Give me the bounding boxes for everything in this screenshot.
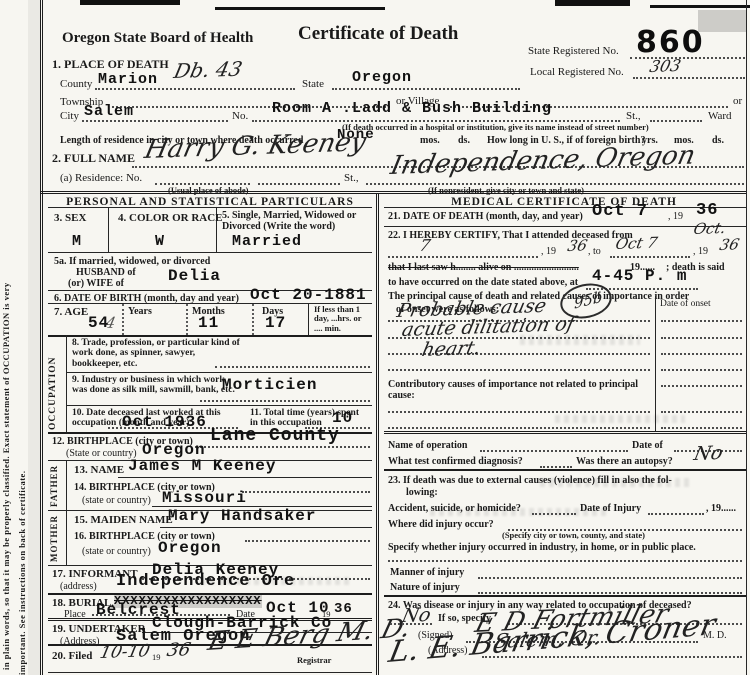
where-injury-label: Where did injury occur?: [388, 519, 494, 530]
date-of-death-value: Oct 7: [592, 203, 648, 222]
to-label: , to: [588, 246, 601, 257]
race-label: 4. COLOR OR RACE: [118, 212, 223, 224]
occupation-side-label: OCCUPATION: [48, 338, 58, 430]
dotted-line: [95, 88, 295, 90]
ds2-label: ds.: [712, 135, 724, 146]
marital-value: Married: [232, 234, 302, 251]
dotted-line: [245, 540, 370, 542]
burial-year-value: 36: [334, 602, 353, 617]
autopsy-label: Was there an autopsy?: [576, 456, 673, 467]
age-months-value: 11: [198, 315, 219, 333]
date-of-death-label: 21. DATE OF DEATH (month, day, and year): [388, 211, 583, 222]
scan-streak: [28, 0, 40, 675]
section-divider: [40, 191, 746, 194]
column-divider: [376, 193, 379, 675]
accident-label: Accident, suicide, or homicide?: [388, 503, 521, 514]
page-title: Certificate of Death: [298, 24, 458, 45]
death-year-value: 36: [696, 202, 718, 221]
state-value: Oregon: [352, 70, 412, 87]
dotted-line: [661, 337, 742, 339]
where-injury-note: (Specify city or town, county, and state…: [502, 531, 645, 540]
margin-note-line1: in plain words, so that it may be proper…: [2, 25, 11, 670]
state-label: State: [302, 78, 324, 90]
filed-date-value: 10-10: [98, 642, 151, 662]
dotted-line: [661, 353, 742, 355]
rule: [384, 226, 746, 227]
onset-column-divider: [655, 296, 656, 432]
age-label: 7. AGE: [54, 306, 88, 318]
nonresident-note: (If nonresident, give city or town and s…: [428, 186, 584, 195]
dotted-line: [332, 88, 520, 90]
birthplace-city-value: Lane County: [210, 427, 340, 447]
city-label: City: [60, 110, 79, 122]
dotted-line: [478, 577, 742, 579]
abode-note: (Usual place of abode): [168, 186, 249, 195]
total-time-value: 10: [332, 410, 353, 428]
mother-side-label: MOTHER: [50, 514, 60, 562]
rule: [48, 207, 372, 208]
form-left-border: [40, 0, 43, 675]
sex-value: M: [72, 234, 82, 251]
father-state-value: Missouri: [162, 490, 247, 508]
cell-divider-dotted: [122, 304, 124, 335]
date-of-onset-header: Date of onset: [660, 299, 711, 309]
street-no-label: No.: [232, 110, 248, 122]
margin-note-line2: important. See instructions on back of c…: [18, 330, 27, 675]
dotted-line: [540, 466, 572, 468]
dotted-line: [480, 450, 628, 452]
marital-label: 5. Single, Married, Widowed or Divorced …: [222, 210, 370, 232]
county-value: Marion: [98, 72, 158, 89]
mother-name-label: 15. MAIDEN NAME: [74, 514, 173, 526]
rule: [384, 207, 746, 208]
ds-label: ds.: [458, 135, 470, 146]
form-right-border: [746, 0, 747, 675]
race-value: W: [155, 234, 165, 251]
wife-label: (or) WIFE of: [68, 278, 124, 289]
spouse-value: Delia: [168, 268, 221, 286]
to-year-value: 36: [718, 236, 741, 253]
state-reg-number: 860: [636, 26, 705, 59]
filed-year-value: 36: [165, 640, 192, 661]
death-year-label: , 19: [668, 211, 683, 222]
sex-label: 3. SEX: [54, 212, 86, 224]
father-name-value: James M Keeney: [128, 458, 276, 476]
full-name-value: Harry G. Keeney: [142, 128, 369, 164]
nature-of-injury-label: Nature of injury: [390, 582, 460, 593]
full-name-label: 2. FULL NAME: [52, 152, 135, 165]
dotted-line: [388, 256, 538, 258]
attended-to-date: Oct 7: [614, 235, 659, 253]
board-title: Oregon State Board of Health: [62, 30, 253, 47]
scan-artifact: [650, 5, 750, 8]
residence-label: (a) Residence: No.: [60, 172, 142, 184]
to-year-label: , 19: [693, 246, 708, 257]
mother-name-value: Mary Handsaker: [168, 508, 316, 526]
date-of-label: Date of: [632, 440, 663, 451]
rule: [48, 672, 372, 673]
dotted-line: [661, 411, 742, 413]
scan-artifact: [215, 7, 385, 10]
dotted-line: [388, 427, 650, 429]
dotted-line: [388, 411, 650, 413]
dotted-line: [532, 513, 576, 515]
rule-heavy: [48, 335, 372, 337]
birthplace-state-label: (State or country): [66, 448, 137, 459]
dotted-line: [82, 120, 228, 122]
dotted-line: [633, 77, 745, 79]
occurred-text: to have occurred on the date stated abov…: [388, 277, 578, 288]
dotted-line: [215, 366, 370, 368]
item8-label: 8. Trade, profession, or particular kind…: [72, 338, 240, 369]
item9-label: 9. Industry or business in which work wa…: [72, 375, 240, 396]
group-divider: [66, 460, 67, 510]
attended-from-day: 7: [418, 237, 432, 255]
group-divider: [66, 335, 67, 432]
scan-smudge: [698, 10, 746, 32]
dotted-line: [195, 446, 370, 448]
county-label: County: [60, 78, 92, 90]
filed-year-label: 19: [152, 653, 161, 662]
from-year-label: , 19: [541, 246, 556, 257]
dotted-line: [388, 369, 650, 371]
contributory-label: Contributory causes of importance not re…: [388, 379, 656, 401]
injury-date-label: Date of Injury: [580, 503, 641, 514]
city-value: Salem: [84, 104, 134, 121]
rule: [66, 372, 372, 373]
informant-address-label: (address): [60, 581, 97, 592]
father-state-label: (state or country): [82, 495, 151, 506]
state-reg-label: State Registered No.: [528, 45, 619, 57]
scan-artifact: [80, 0, 180, 5]
local-reg-label: Local Registered No.: [530, 66, 624, 78]
age-years-overlay: 4: [104, 315, 117, 332]
residence-value: Independence, Oregon: [388, 142, 698, 181]
dotted-line: [258, 183, 340, 185]
specify-injury-text: Specify whether injury occurred in indus…: [388, 542, 696, 553]
husband-label: HUSBAND of: [76, 267, 136, 278]
dotted-line: [388, 560, 742, 562]
cause-code-value: 95b: [574, 287, 602, 312]
cell-divider-dotted: [252, 304, 254, 335]
dotted-line: [242, 491, 370, 493]
manner-of-injury-label: Manner of injury: [390, 567, 464, 578]
less-than-day-label: If less than 1 day, ...hrs. or .... min.: [314, 305, 370, 333]
rule: [118, 477, 372, 478]
local-reg-number: 303: [648, 57, 683, 76]
mos-label: mos.: [420, 135, 440, 146]
registrar-label: Registrar: [297, 656, 331, 665]
filed-label: 20. Filed: [52, 650, 92, 662]
scan-artifact: [555, 0, 630, 6]
bleed-through: [555, 415, 685, 423]
cell-divider: [308, 304, 309, 335]
test-label: What test confirmed diagnosis?: [388, 456, 523, 467]
father-side-label: FATHER: [50, 463, 60, 507]
st-label: St.,: [626, 110, 641, 122]
dotted-line: [478, 592, 742, 594]
dotted-line: [650, 120, 702, 122]
autopsy-value: No: [692, 443, 725, 465]
district-number: Db. 43: [172, 58, 244, 82]
dotted-line: [648, 513, 704, 515]
ward-label: Ward: [708, 110, 732, 122]
injury-year-label: , 19......: [706, 503, 736, 514]
group-divider: [66, 510, 67, 565]
rule: [160, 527, 372, 528]
age-days-value: 17: [265, 315, 286, 333]
attended-from-month: Oct.: [692, 220, 727, 238]
industry-value: Morticien: [222, 377, 317, 395]
dotted-line: [661, 369, 742, 371]
rule-heavy: [384, 469, 746, 471]
last-saw-struck-text: that I last saw h........ alive on .....…: [388, 262, 579, 273]
years-label: Years: [128, 306, 152, 317]
cell-divider: [108, 207, 109, 252]
dotted-line: [661, 320, 742, 322]
item23-text1: 23. If death was due to external causes …: [388, 475, 672, 486]
from-year-value: 36: [566, 237, 589, 254]
cause-of-death-line3: heart.: [420, 338, 483, 361]
rule: [48, 252, 372, 253]
mother-state-value: Oregon: [158, 540, 222, 558]
dotted-line: [661, 427, 742, 429]
residence-st-label: St.,: [344, 172, 359, 184]
rule-double: [384, 431, 746, 434]
father-name-label: 13. NAME: [74, 464, 124, 476]
dotted-line: [200, 400, 370, 402]
dob-value: Oct 20-1881: [250, 287, 367, 305]
death-certificate-scan: in plain words, so that it may be proper…: [0, 0, 750, 675]
cell-divider-dotted: [186, 304, 188, 335]
dotted-line: [390, 623, 432, 625]
informant-address-value: Independence Ore: [116, 573, 295, 592]
dotted-line: [661, 385, 742, 387]
place-of-death-heading: 1. PLACE OF DEATH: [52, 58, 169, 71]
dotted-line: [610, 256, 690, 258]
item5a-label: 5a. If married, widowed, or divorced: [54, 256, 210, 267]
rule-heavy: [384, 595, 746, 597]
street-value: Room A .Ladd & Bush Building: [272, 101, 552, 118]
operation-label: Name of operation: [388, 440, 467, 451]
death-time-value: 4-45 P. m: [592, 268, 687, 286]
or-label: or: [733, 95, 742, 107]
item23-text2: lowing:: [406, 487, 438, 498]
hospital-note: (If death occurred in a hospital or inst…: [342, 123, 649, 132]
rule: [66, 405, 372, 406]
mother-state-label: (state or country): [82, 546, 151, 557]
